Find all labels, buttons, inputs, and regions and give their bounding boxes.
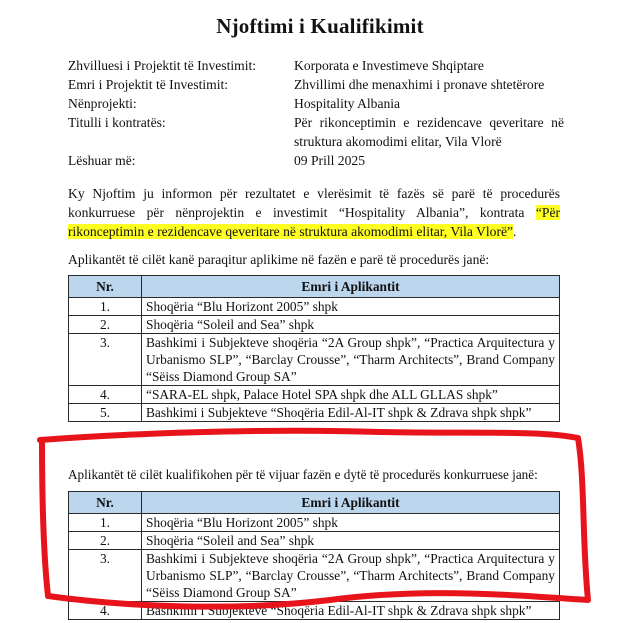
meta-row-developer: Zhvilluesi i Projektit të Investimit: Ko… bbox=[68, 56, 564, 75]
document-title: Njoftimi i Kualifikimit bbox=[0, 14, 640, 39]
table-header-row: Nr. Emri i Aplikantit bbox=[69, 492, 560, 514]
meta-label: Nënprojekti: bbox=[68, 94, 294, 113]
row-number: 2. bbox=[69, 316, 142, 334]
applicant-name: Shoqëria “Blu Horizont 2005” shpk bbox=[142, 514, 560, 532]
applicant-name: Bashkimi i Subjekteve shoqëria “2A Group… bbox=[142, 550, 560, 602]
meta-label: Lëshuar më: bbox=[68, 151, 294, 170]
applicant-name: Bashkimi i Subjekteve “Shoqëria Edil-Al-… bbox=[142, 404, 560, 422]
table-row: 5.Bashkimi i Subjekteve “Shoqëria Edil-A… bbox=[69, 404, 560, 422]
meta-row-subproject: Nënprojekti: Hospitality Albania bbox=[68, 94, 564, 113]
meta-label: Zhvilluesi i Projektit të Investimit: bbox=[68, 56, 294, 75]
column-header-applicant: Emri i Aplikantit bbox=[142, 492, 560, 514]
row-number: 2. bbox=[69, 532, 142, 550]
applicants-table: Nr. Emri i Aplikantit 1.Shoqëria “Blu Ho… bbox=[68, 275, 560, 422]
table-row: 2.Shoqëria “Soleil and Sea” shpk bbox=[69, 532, 560, 550]
meta-value: Hospitality Albania bbox=[294, 94, 564, 113]
intro-paragraph: Ky Njoftim ju informon për rezultatet e … bbox=[68, 184, 560, 241]
meta-label: Emri i Projektit të Investimit: bbox=[68, 75, 294, 94]
applicant-name: “SARA-EL shpk, Palace Hotel SPA shpk dhe… bbox=[142, 386, 560, 404]
applicants-lead-text: Aplikantët të cilët kanë paraqitur aplik… bbox=[68, 252, 489, 268]
table-row: 4.Bashkimi i Subjekteve “Shoqëria Edil-A… bbox=[69, 602, 560, 620]
table-row: 4.“SARA-EL shpk, Palace Hotel SPA shpk d… bbox=[69, 386, 560, 404]
table-header-row: Nr. Emri i Aplikantit bbox=[69, 276, 560, 298]
meta-value: Zhvillimi dhe menaxhimi i pronave shtetë… bbox=[294, 75, 564, 94]
table-row: 2.Shoqëria “Soleil and Sea” shpk bbox=[69, 316, 560, 334]
row-number: 3. bbox=[69, 334, 142, 386]
meta-row-project-name: Emri i Projektit të Investimit: Zhvillim… bbox=[68, 75, 564, 94]
row-number: 4. bbox=[69, 602, 142, 620]
applicant-name: Shoqëria “Blu Horizont 2005” shpk bbox=[142, 298, 560, 316]
meta-value: 09 Prill 2025 bbox=[294, 151, 564, 170]
meta-value: Për rikonceptimin e rezidencave qeverita… bbox=[294, 113, 564, 151]
intro-text-end: . bbox=[513, 224, 516, 239]
meta-label: Titulli i kontratës: bbox=[68, 113, 294, 151]
qualified-applicants-table: Nr. Emri i Aplikantit 1.Shoqëria “Blu Ho… bbox=[68, 491, 560, 620]
intro-text: Ky Njoftim ju informon për rezultatet e … bbox=[68, 186, 560, 220]
row-number: 4. bbox=[69, 386, 142, 404]
column-header-nr: Nr. bbox=[69, 492, 142, 514]
column-header-nr: Nr. bbox=[69, 276, 142, 298]
row-number: 5. bbox=[69, 404, 142, 422]
row-number: 3. bbox=[69, 550, 142, 602]
row-number: 1. bbox=[69, 298, 142, 316]
table-row: 1.Shoqëria “Blu Horizont 2005” shpk bbox=[69, 298, 560, 316]
applicant-name: Shoqëria “Soleil and Sea” shpk bbox=[142, 316, 560, 334]
document-page: Njoftimi i Kualifikimit Zhvilluesi i Pro… bbox=[0, 0, 640, 623]
column-header-applicant: Emri i Aplikantit bbox=[142, 276, 560, 298]
meta-row-issued-on: Lëshuar më: 09 Prill 2025 bbox=[68, 151, 564, 170]
table-row: 1.Shoqëria “Blu Horizont 2005” shpk bbox=[69, 514, 560, 532]
meta-row-contract-title: Titulli i kontratës: Për rikonceptimin e… bbox=[68, 113, 564, 151]
applicant-name: Bashkimi i Subjekteve shoqëria “2A Group… bbox=[142, 334, 560, 386]
document-meta: Zhvilluesi i Projektit të Investimit: Ko… bbox=[68, 56, 564, 170]
applicant-name: Bashkimi i Subjekteve “Shoqëria Edil-Al-… bbox=[142, 602, 560, 620]
table-row: 3.Bashkimi i Subjekteve shoqëria “2A Gro… bbox=[69, 550, 560, 602]
row-number: 1. bbox=[69, 514, 142, 532]
table-row: 3.Bashkimi i Subjekteve shoqëria “2A Gro… bbox=[69, 334, 560, 386]
qualified-lead-text: Aplikantët të cilët kualifikohen për të … bbox=[68, 467, 538, 483]
meta-value: Korporata e Investimeve Shqiptare bbox=[294, 56, 564, 75]
applicant-name: Shoqëria “Soleil and Sea” shpk bbox=[142, 532, 560, 550]
